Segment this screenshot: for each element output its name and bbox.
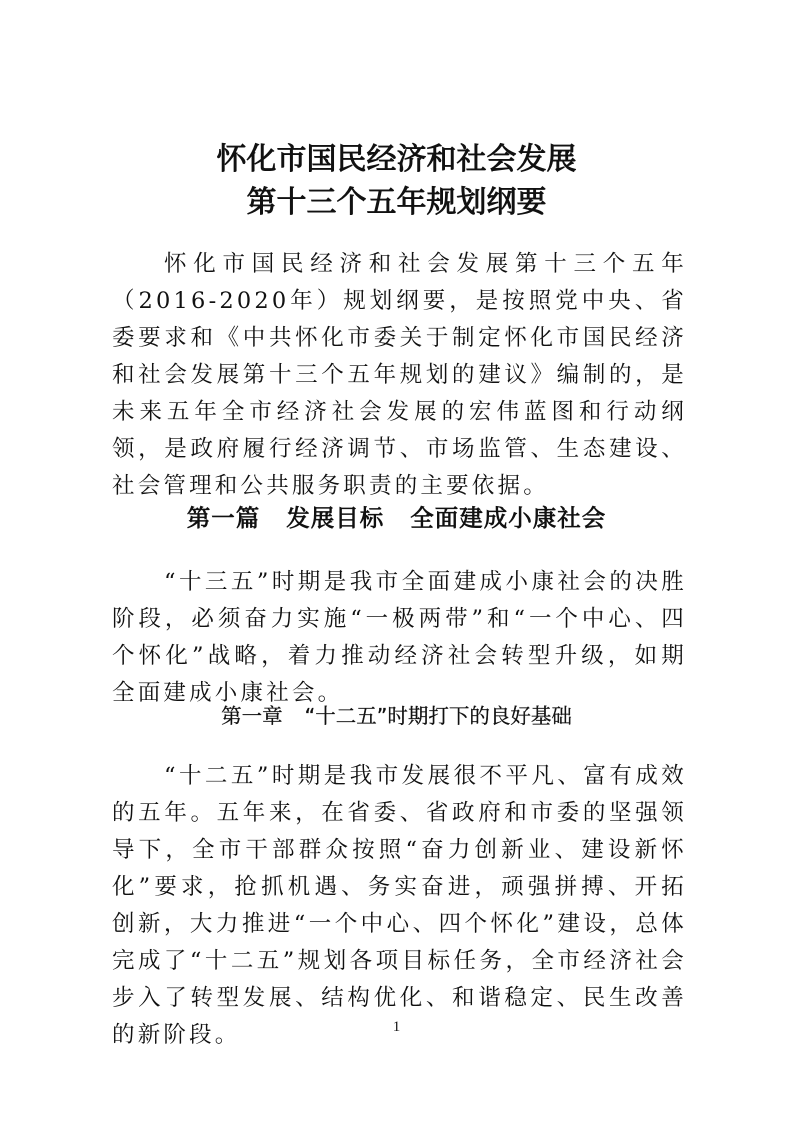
document-page: 怀化市国民经济和社会发展 第十三个五年规划纲要 怀化市国民经济和社会发展第十三个…: [0, 0, 793, 1122]
part-heading: 第一篇发展目标全面建成小康社会: [0, 498, 793, 538]
document-title-line-1: 怀化市国民经济和社会发展: [0, 138, 793, 182]
chapter-title: “十二五”时期打下的良好基础: [305, 704, 572, 728]
part-number: 第一篇: [187, 504, 261, 532]
intro-paragraph: 怀化市国民经济和社会发展第十三个五年（2016-2020年）规划纲要，是按照党中…: [112, 246, 687, 505]
document-title-line-2: 第十三个五年规划纲要: [0, 181, 793, 225]
part-title-b: 全面建成小康社会: [410, 504, 606, 532]
chapter-number: 第一章: [221, 704, 283, 728]
part-title-a: 发展目标: [286, 504, 384, 532]
part-paragraph: “十三五”时期是我市全面建成小康社会的决胜阶段，必须奋力实施“一极两带”和“一个…: [112, 564, 687, 712]
chapter-heading: 第一章“十二五”时期打下的良好基础: [0, 698, 793, 734]
page-number: 1: [0, 1019, 793, 1036]
chapter-paragraph: “十二五”时期是我市发展很不平凡、富有成效的五年。五年来，在省委、省政府和市委的…: [112, 758, 687, 1054]
